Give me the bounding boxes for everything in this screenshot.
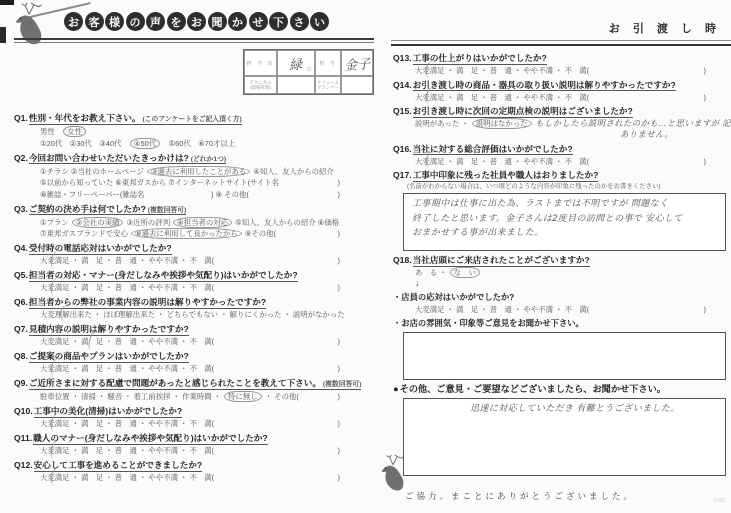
title-char: 様 bbox=[105, 12, 124, 31]
options-line: )⑦東邦ガスブランドで安心 ⑧過去に利用して良かったから ⑨その他( bbox=[40, 228, 374, 240]
option-text: ・ 普 通 ・ やや不満 ・ 不 満( bbox=[103, 337, 214, 346]
sub-question-title: ・店員の応対はいかがでしたか? bbox=[393, 291, 728, 304]
option-text: ・ 満 足 ・ 普 通 ・ やや不満 ・ 不 満( bbox=[445, 66, 590, 75]
selected-option: ④担当者の対応 bbox=[173, 217, 232, 228]
options-line: 男性 女性 bbox=[40, 126, 374, 138]
option-text: ・ 満 足 ・ 普 通 ・ やや不満 ・ 不 満( bbox=[70, 364, 215, 373]
option-text: ③近所の評判 bbox=[124, 218, 172, 227]
paren-tail: ) bbox=[338, 363, 340, 375]
question-note: (複数回答可) bbox=[146, 207, 186, 214]
questions-column-right: Q13.工事の仕上がりはいかがでしたか?)大変満足 ・ 満 足 ・ 普 通 ・ … bbox=[393, 52, 728, 479]
staff-table: 担 当 店 緑 店 担 当 金子 テクニカル (現場管理) リフォーム プランナ… bbox=[243, 49, 374, 95]
option-text: ・ 満 足 ・ 普 通 ・ やや不満 ・ 不 満( bbox=[70, 419, 215, 428]
question-instruction: (名前がわからない場合は、いつ頃どのような内容が印象に残ったのかをお書きください… bbox=[407, 182, 728, 191]
other-comments-section: ●その他、ご意見・ご要望などございましたら、お聞かせ下さい。迅速に対応していただ… bbox=[393, 383, 728, 476]
handwritten-note: もしかしたら説明されたのかも…と思いますが 記憶が定かでは bbox=[533, 118, 731, 128]
selected-option: 大変満足 bbox=[415, 65, 445, 76]
option-text: ・ 満 足 ・ 普 通 ・ やや不満 ・ 不 満( bbox=[70, 473, 215, 482]
question-text: お引き渡し時の商品・器具の取り扱い説明は解りやすかったですか? bbox=[413, 80, 676, 90]
handwritten-comment: 工事期中は仕事に出た為、ラストまでは不明ですが 問題なく bbox=[412, 196, 717, 211]
question-number: Q2. bbox=[14, 153, 28, 163]
question-number: Q10. bbox=[14, 406, 33, 416]
selected-option: 特に無し bbox=[224, 391, 262, 402]
selected-option: な い bbox=[450, 267, 480, 278]
paren-tail: ) bbox=[338, 189, 340, 201]
options-line: )大変満足 ・ 満 足 ・ 普 通 ・ やや不満 ・ 不 満( bbox=[40, 363, 374, 375]
staff-store-label: 担 当 店 bbox=[244, 50, 277, 76]
comment-box: 工事期中は仕事に出た為、ラストまでは不明ですが 問題なく終了したと思います。金子… bbox=[403, 193, 726, 251]
title-char: 声 bbox=[146, 12, 165, 31]
question-q7: Q7.見積内容の説明は解りやすかったですか?)大変満足 ・ 満 足 ・ 普 通 … bbox=[14, 323, 374, 348]
selected-option: 大変理解出来た bbox=[40, 309, 92, 321]
options-line: )大変満足 ・ 満 足 ・ 普 通 ・ やや不満 ・ 不 満( bbox=[415, 92, 728, 103]
question-number: Q9. bbox=[14, 378, 28, 388]
question-title: Q4.受付時の電話応対はいかがでしたか? bbox=[14, 242, 374, 255]
question-title: Q5.担当者の対応・マナー(身だしなみや挨拶や気配り)はいかがでしたか? bbox=[14, 269, 374, 282]
question-q4: Q4.受付時の電話応対はいかがでしたか?)大変満足 ・ 満 足 ・ 普 通 ・ … bbox=[14, 242, 374, 267]
selected-option: ⑧過去に利用して良かったから bbox=[131, 228, 242, 239]
questions-column-left: Q1.性別・年代をお教え下さい。 (このアンケートをご記入頂く方)男性 女性①2… bbox=[14, 112, 374, 486]
staff-person-value-cell: 金子 bbox=[341, 50, 373, 76]
question-q11: Q11.職人のマナー(身だしなみや挨拶や気配り)はいかがでしたか?)大変満足 ・… bbox=[14, 432, 374, 457]
question-note: (複数回答可) bbox=[321, 381, 361, 388]
option-text: ・ 満 足 ・ 普 通 ・ やや不満 ・ 不 満( bbox=[70, 283, 215, 292]
selected-option: 大変満足 bbox=[415, 92, 445, 103]
option-text: ①チラシ ②当社のホームページ bbox=[40, 167, 146, 176]
options-line: )駐車位置 ・ 清掃 ・ 騒音 ・ 着工前挨拶 ・ 作業時間 ・ 特に無し ・ … bbox=[40, 391, 374, 403]
question-q12: Q12.安心して工事を進めることができましたか?)大変満足 ・ 満 足 ・ 普 … bbox=[14, 459, 374, 484]
question-number: Q11. bbox=[14, 433, 32, 443]
option-text: ⑨その他( bbox=[243, 229, 276, 238]
question-q2: Q2.今回お問い合わせいただいたきっかけは? (どれか1つ)①チラシ ②当社のホ… bbox=[14, 152, 374, 201]
survey-page-right: お 引 渡 し 時 Q13.工事の仕上がりはいかがでしたか?)大変満足 ・ 満 … bbox=[385, 0, 731, 513]
option-text: ・ ほぼ理解出来た ・ どちらでもない ・ 解りにくかった ・ 説明がなかった bbox=[92, 310, 345, 319]
option-text: あ る ・ bbox=[415, 268, 449, 277]
title-char: い bbox=[310, 12, 329, 31]
question-q3: Q3.ご契約の決め手は何でしたか? (複数回答可)①プラン ②会社の実績 ③近所… bbox=[14, 203, 374, 240]
option-text: ↓ bbox=[415, 278, 420, 288]
selected-option: 満 足 bbox=[81, 336, 103, 348]
question-title: Q12.安心して工事を進めることができましたか? bbox=[14, 459, 374, 472]
option-text: 大変満足 ・ bbox=[40, 337, 81, 346]
option-text: 説明があった ・ bbox=[415, 119, 471, 128]
selected-option: 大変満足 bbox=[40, 363, 70, 375]
question-text: 今回お問い合わせいただいたきっかけは? bbox=[29, 153, 189, 163]
staff-person-label: 担 当 bbox=[315, 50, 341, 76]
question-number: Q4. bbox=[14, 243, 28, 253]
options-line: )大変満足 ・ 満 足 ・ 普 通 ・ やや不満 ・ 不 満( bbox=[40, 472, 374, 484]
option-text: ①プラン bbox=[40, 218, 71, 227]
option-text: ・ 満 足 ・ 普 通 ・ やや不満 ・ 不 満( bbox=[70, 446, 215, 455]
paren-tail: ) bbox=[338, 177, 340, 189]
question-text: 担当者の対応・マナー(身だしなみや挨拶や気配り)はいかがでしたか? bbox=[29, 270, 298, 280]
question-title: Q3.ご契約の決め手は何でしたか? (複数回答可) bbox=[14, 203, 374, 217]
question-text: ご近所さまに対する配慮で問題があったと感じられたことを教えて下さい。 bbox=[29, 378, 321, 388]
options-line: )大変満足 ・ 満 足 ・ 普 通 ・ やや不満 ・ 不 満( bbox=[40, 418, 374, 430]
question-q8: Q8.ご提案の商品やプランはいかがでしたか?)大変満足 ・ 満 足 ・ 普 通 … bbox=[14, 350, 374, 375]
comment-box bbox=[403, 332, 726, 380]
header-rule bbox=[391, 40, 731, 46]
question-title: Q16.当社に対する総合評価はいかがでしたか? bbox=[393, 143, 728, 156]
title-char: せ bbox=[249, 12, 268, 31]
selected-option: 大変満足 bbox=[415, 156, 445, 167]
option-text: ⑦東邦ガスブランドで安心 bbox=[40, 229, 130, 238]
staff-technical-label-line2: (現場管理) bbox=[250, 85, 271, 91]
option-text: ⑤以前から知っていた ⑥東邦ガスから ⑦インターネットサイト(サイト名 bbox=[40, 178, 279, 187]
question-number: Q15. bbox=[393, 106, 412, 116]
question-title: ●その他、ご意見・ご要望などございましたら、お聞かせ下さい。 bbox=[393, 383, 728, 396]
question-text: 職人のマナー(身だしなみや挨拶や気配り)はいかがでしたか? bbox=[33, 433, 267, 443]
title-char: 客 bbox=[85, 12, 104, 31]
option-text: ④知人、友人からの紹介 bbox=[251, 167, 334, 176]
question-title: Q18.当社店頭にご来店されたことがございますか? bbox=[393, 254, 728, 267]
staff-technical-label: テクニカル (現場管理) bbox=[244, 76, 277, 94]
options-line: )大変満足 ・ 満 足 ・ 普 通 ・ やや不満 ・ 不 満( bbox=[40, 336, 374, 348]
question-number: Q17. bbox=[393, 170, 412, 180]
question-title: Q7.見積内容の説明は解りやすかったですか? bbox=[14, 323, 374, 336]
question-note: (どれか1つ) bbox=[189, 156, 226, 163]
question-number: Q12. bbox=[14, 460, 33, 470]
options-line: 説明があった ・ 説明はなかった もしかしたら説明されたのかも…と思いますが 記… bbox=[415, 118, 728, 129]
question-q9: Q9.ご近所さまに対する配慮で問題があったと感じられたことを教えて下さい。 (複… bbox=[14, 377, 374, 403]
selected-option: 大変満足 bbox=[40, 418, 70, 430]
handwritten-comment: 迅速に対応していただき 有難とうございました。 bbox=[470, 401, 717, 416]
question-q13: Q13.工事の仕上がりはいかがでしたか?)大変満足 ・ 満 足 ・ 普 通 ・ … bbox=[393, 52, 728, 76]
selected-option: 大変満足 bbox=[40, 472, 70, 484]
option-text: ⑤60代 ⑥70才以上 bbox=[161, 139, 235, 148]
paren-tail: ) bbox=[338, 282, 340, 294]
options-line: )⑤以前から知っていた ⑥東邦ガスから ⑦インターネットサイト(サイト名 bbox=[40, 177, 374, 189]
staff-technical-value-cell bbox=[277, 76, 315, 94]
paren-tail: ) bbox=[704, 65, 706, 76]
option-text: ・ 満 足 ・ 普 通 ・ やや不満 ・ 不 満( bbox=[70, 256, 215, 265]
question-number: Q6. bbox=[14, 297, 28, 307]
handwritten-comment: おまかせする事が出来ました。 bbox=[412, 225, 717, 240]
paren-tail: ) bbox=[704, 156, 706, 167]
question-text: ご提案の商品やプランはいかがでしたか? bbox=[29, 351, 189, 361]
options-line: )大変満足 ・ 満 足 ・ 普 通 ・ やや不満 ・ 不 満( bbox=[40, 282, 374, 294]
question-number: Q16. bbox=[393, 144, 412, 154]
handwritten-note: ありません。 bbox=[620, 129, 673, 139]
question-text: 性別・年代をお教え下さい。 bbox=[29, 113, 141, 123]
paren-tail: ) bbox=[338, 228, 340, 240]
question-text: お引き渡し時に次回の定期点検の説明はございましたか? bbox=[413, 106, 633, 116]
question-text: ご契約の決め手は何でしたか? bbox=[29, 204, 146, 214]
options-line: ありません。 bbox=[620, 129, 728, 140]
options-line: )大変満足 ・ 満 足 ・ 普 通 ・ やや不満 ・ 不 満( bbox=[415, 304, 728, 315]
question-title: Q8.ご提案の商品やプランはいかがでしたか? bbox=[14, 350, 374, 363]
question-q1: Q1.性別・年代をお教え下さい。 (このアンケートをご記入頂く方)男性 女性①2… bbox=[14, 112, 374, 149]
question-number: Q18. bbox=[393, 255, 412, 265]
paren-tail: ) bbox=[338, 391, 340, 403]
question-number: ● bbox=[393, 384, 399, 394]
selected-option: ②会社の実績 bbox=[72, 217, 124, 228]
paren-tail: ) bbox=[338, 255, 340, 267]
question-text: 当社店頭にご来店されたことがございますか? bbox=[413, 255, 590, 265]
question-title: Q2.今回お問い合わせいただいたきっかけは? (どれか1つ) bbox=[14, 152, 374, 166]
selected-option: 大変満足 bbox=[40, 282, 70, 294]
options-line: ①プラン ②会社の実績 ③近所の評判 ④担当者の対応 ⑤知人、友人からの紹介 ⑥… bbox=[40, 217, 374, 229]
question-title: Q13.工事の仕上がりはいかがでしたか? bbox=[393, 52, 728, 65]
question-number: Q13. bbox=[393, 53, 412, 63]
options-line: 大変理解出来た ・ ほぼ理解出来た ・ どちらでもない ・ 解りにくかった ・ … bbox=[40, 309, 374, 321]
option-text: ⑧雑誌・フリーペーパー(雑誌名 ) ⑨ その他( bbox=[40, 190, 249, 199]
question-number: Q8. bbox=[14, 351, 28, 361]
question-q14: Q14.お引き渡し時の商品・器具の取り扱い説明は解りやすかったですか?)大変満足… bbox=[393, 79, 728, 103]
paren-tail: ) bbox=[338, 472, 340, 484]
document-code: 1701 bbox=[714, 498, 725, 504]
options-line: )大変満足 ・ 満 足 ・ 普 通 ・ やや不満 ・ 不 満( bbox=[40, 255, 374, 267]
paren-tail: ) bbox=[704, 304, 706, 315]
option-text: 駐車位置 ・ 清掃 ・ 騒音 ・ 着工前挨拶 ・ 作業時間 ・ bbox=[40, 392, 223, 401]
title-banner: お客様の声をお聞かせ下さい bbox=[64, 12, 329, 31]
question-title: Q1.性別・年代をお教え下さい。 (このアンケートをご記入頂く方) bbox=[14, 112, 374, 126]
option-text bbox=[55, 127, 62, 136]
staff-planner-value-cell bbox=[341, 76, 373, 94]
store-suffix-label: 店 bbox=[307, 66, 312, 73]
selected-option: 大変満足 bbox=[40, 255, 70, 267]
question-title: Q17.工事中印象に残った社員や職人はおりましたか? bbox=[393, 169, 728, 182]
handwritten-comment: 終了したと思います。金子さんは2度目の訪問との事で 安心して bbox=[412, 211, 717, 226]
title-char: か bbox=[228, 12, 247, 31]
option-text: ・ 満 足 ・ 普 通 ・ やや不満 ・ 不 満( bbox=[445, 157, 590, 166]
selected-option: 女性 bbox=[63, 126, 86, 137]
question-title: Q10.工事中の美化(清掃)はいかがでしたか? bbox=[14, 405, 374, 418]
handwritten-store-name: 緑 bbox=[289, 53, 303, 73]
staff-store-value-cell: 緑 店 bbox=[277, 50, 315, 76]
options-line: )大変満足 ・ 満 足 ・ 普 通 ・ やや不満 ・ 不 満( bbox=[415, 65, 728, 76]
options-line: ①チラシ ②当社のホームページ ③過去に利用したことがある ④知人、友人からの紹… bbox=[40, 166, 374, 178]
question-q17: Q17.工事中印象に残った社員や職人はおりましたか?(名前がわからない場合は、い… bbox=[393, 169, 728, 251]
option-text: 男性 bbox=[40, 127, 55, 136]
paren-tail: ) bbox=[338, 418, 340, 430]
question-q15: Q15.お引き渡し時に次回の定期点検の説明はございましたか?説明があった ・ 説… bbox=[393, 105, 728, 140]
handwritten-person-name: 金子 bbox=[343, 53, 370, 74]
question-q16: Q16.当社に対する総合評価はいかがでしたか?)大変満足 ・ 満 足 ・ 普 通… bbox=[393, 143, 728, 167]
question-text: その他、ご意見・ご要望などございましたら、お聞かせ下さい。 bbox=[400, 384, 666, 394]
question-number: Q5. bbox=[14, 270, 28, 280]
question-number: Q1. bbox=[14, 113, 28, 123]
title-char: を bbox=[167, 12, 186, 31]
option-text: 大変満足 ・ 満 足 ・ 普 通 ・ やや不満 ・ 不 満( bbox=[415, 305, 589, 314]
question-text: 受付時の電話応対はいかがでしたか? bbox=[29, 243, 172, 253]
question-note: (このアンケートをご記入頂く方) bbox=[141, 116, 242, 123]
staff-planner-label: リフォーム プランナー bbox=[315, 76, 341, 94]
selected-option: ③過去に利用したことがある bbox=[147, 166, 250, 177]
header-rule bbox=[14, 38, 374, 43]
option-text: ①20代 ②30代 ③40代 bbox=[40, 139, 129, 148]
options-line: )大変満足 ・ 満 足 ・ 普 通 ・ やや不満 ・ 不 満( bbox=[415, 156, 728, 167]
options-line: あ る ・ な い bbox=[415, 267, 728, 278]
question-title: Q9.ご近所さまに対する配慮で問題があったと感じられたことを教えて下さい。 (複… bbox=[14, 377, 374, 391]
question-title: Q14.お引き渡し時の商品・器具の取り扱い説明は解りやすかったですか? bbox=[393, 79, 728, 92]
options-line: )大変満足 ・ 満 足 ・ 普 通 ・ やや不満 ・ 不 満( bbox=[40, 445, 374, 457]
option-text: ⑤知人、友人からの紹介 ⑥価格 bbox=[233, 218, 339, 227]
question-number: Q14. bbox=[393, 80, 412, 90]
title-char: 聞 bbox=[208, 12, 227, 31]
title-char: さ bbox=[290, 12, 309, 31]
selected-option: 説明はなかった bbox=[472, 118, 532, 129]
sub-question-title: ・お店の雰囲気・印象等ご意見をお聞かせ下さい。 bbox=[393, 317, 728, 330]
title-char: 下 bbox=[269, 12, 288, 31]
question-number: Q7. bbox=[14, 324, 28, 334]
options-line: ①20代 ②30代 ③40代 ④50代 ⑤60代 ⑥70才以上 bbox=[40, 138, 374, 150]
paren-tail: ) bbox=[704, 92, 706, 103]
question-q18: Q18.当社店頭にご来店されたことがございますか?あ る ・ な い↓・店員の応… bbox=[393, 254, 728, 380]
question-title: Q15.お引き渡し時に次回の定期点検の説明はございましたか? bbox=[393, 105, 728, 118]
options-line: )⑧雑誌・フリーペーパー(雑誌名 ) ⑨ その他( bbox=[40, 189, 374, 201]
question-q6: Q6.担当者からの弊社の事業内容の説明は解りやすかったですか?大変理解出来た ・… bbox=[14, 296, 374, 321]
title-char: お bbox=[64, 12, 83, 31]
comment-box: 迅速に対応していただき 有難とうございました。 bbox=[403, 398, 726, 476]
staff-planner-label-line2: プランナー bbox=[317, 85, 340, 91]
option-text: ・ その他( bbox=[263, 392, 299, 401]
arrow-indicator: ↓ bbox=[415, 278, 728, 289]
question-text: 工事中印象に残った社員や職人はおりましたか? bbox=[413, 170, 599, 180]
scan-artifact bbox=[0, 27, 6, 43]
question-title: Q11.職人のマナー(身だしなみや挨拶や気配り)はいかがでしたか? bbox=[14, 432, 374, 445]
question-q10: Q10.工事中の美化(清掃)はいかがでしたか?)大変満足 ・ 満 足 ・ 普 通… bbox=[14, 405, 374, 430]
selected-option: ④50代 bbox=[130, 138, 160, 149]
closing-thanks-text: ご協力、まことにありがとうございました。 bbox=[405, 490, 635, 502]
question-text: 見積内容の説明は解りやすかったですか? bbox=[29, 324, 189, 334]
survey-page-left: お客様の声をお聞かせ下さい 担 当 店 緑 店 担 当 金子 テクニカル (現場… bbox=[0, 0, 380, 513]
question-q5: Q5.担当者の対応・マナー(身だしなみや挨拶や気配り)はいかがでしたか?)大変満… bbox=[14, 269, 374, 294]
paren-tail: ) bbox=[338, 336, 340, 348]
paren-tail: ) bbox=[338, 445, 340, 457]
question-number: Q3. bbox=[14, 204, 28, 214]
title-char: お bbox=[187, 12, 206, 31]
option-text: ・ 満 足 ・ 普 通 ・ やや不満 ・ 不 満( bbox=[445, 93, 590, 102]
selected-option: 大変満足 bbox=[40, 445, 70, 457]
handover-section-header: お 引 渡 し 時 bbox=[609, 20, 721, 36]
title-char: の bbox=[126, 12, 145, 31]
